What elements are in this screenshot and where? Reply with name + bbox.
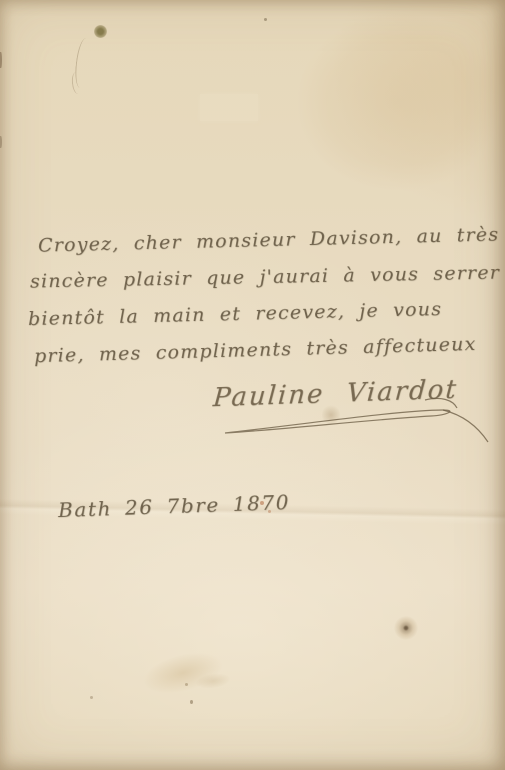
stain-smudge	[140, 646, 226, 700]
handwriting-line-3: bientôt la main et recevez, je vous	[28, 298, 443, 330]
handwriting-line-2: sincère plaisir que j'aurai à vous serre…	[30, 261, 500, 292]
edge-nick	[0, 52, 2, 68]
ink-spot	[94, 25, 107, 38]
signature-flourish	[195, 398, 495, 450]
handwriting-line-1: Croyez, cher monsieur Davison, au très	[38, 223, 500, 256]
show-through-patch	[200, 94, 258, 121]
foxing-spot	[394, 616, 418, 640]
letter-photo: Croyez, cher monsieur Davison, au très s…	[0, 0, 505, 770]
stain-smudge	[195, 672, 231, 691]
handwriting-line-4: prie, mes compliments très affectueux	[34, 333, 477, 367]
edge-nick	[0, 136, 2, 148]
paper-speck	[190, 700, 193, 704]
paper-speck	[185, 683, 188, 686]
hair-scratch	[71, 72, 83, 95]
hair-scratch	[73, 37, 93, 88]
paper-speck	[264, 18, 267, 21]
paper-speck	[90, 696, 93, 699]
date-line: Bath 26 7bre 1870	[58, 490, 291, 522]
